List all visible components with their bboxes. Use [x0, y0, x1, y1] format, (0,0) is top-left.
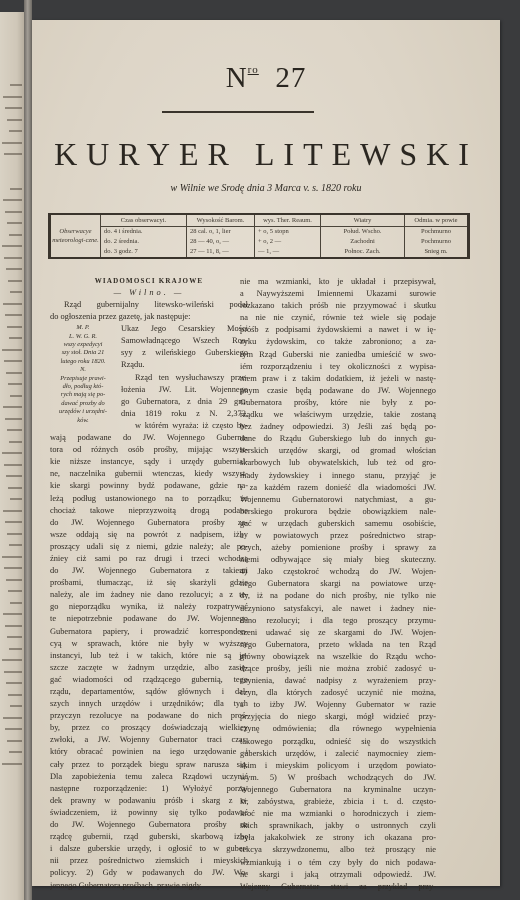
- text-line: główny obowiązek na wszelkie do Rządu wc…: [240, 651, 436, 663]
- issue-label-sup: ro: [248, 64, 259, 76]
- previous-page-text-line: [6, 475, 22, 477]
- text-line: pnym czasie będą podawane do JW. Wojenne…: [240, 385, 436, 397]
- article-body-right: nie ma wzmianki, kto je układał i przepi…: [240, 276, 436, 893]
- text-line: czynę odmówienia; dla równego wypełnieni…: [240, 723, 436, 735]
- previous-page-text-line: [4, 567, 22, 569]
- previous-page-text-line: [8, 383, 22, 385]
- margin-note-line: Przepisuje prawi-: [50, 375, 116, 383]
- text-line: uczyniono satysfakcyi, ale nawet i żadne…: [240, 603, 436, 615]
- previous-page-text-line: [10, 705, 22, 707]
- text-line: by, przez co proszący doświadczają wielk…: [50, 722, 248, 734]
- text-line: na nie nie czynić, równie też wiele się …: [240, 312, 436, 324]
- text-line: czych, ażeby pomienione prośby i sprawy …: [240, 542, 436, 554]
- text-line: rządu, departamentów, sądów głównych i d…: [50, 686, 248, 698]
- text-line: go Gubernatora, z dnia 29 gru-: [121, 396, 248, 408]
- previous-page-text-line: [2, 763, 22, 765]
- meteo-col-barometer: Wysokość Barom. 28 cal. o, 1, lier 28 — …: [187, 215, 255, 257]
- text-line: tym Rząd Guberski nie zaniedba umieścić …: [240, 349, 436, 361]
- text-line: iém rozporządzeniu i tey okoliczności z …: [240, 361, 436, 373]
- text-line: policyy. 2) Gdy w podawanych do JW. Wo-: [50, 867, 248, 879]
- meteo-cell: 27 — 11, 8, —: [187, 247, 254, 257]
- text-line: mady żydowskiey i innego stanu, przyjąć …: [240, 470, 436, 482]
- meteo-cell: + o, 2 —: [255, 237, 320, 247]
- previous-page-text-line: [7, 326, 22, 328]
- section-heading: WIADOMOSCI KRAJOWE: [50, 276, 248, 287]
- previous-page-text-line: [9, 441, 22, 443]
- previous-page-text-line: [3, 303, 22, 305]
- previous-page-text-line: [7, 119, 22, 121]
- previous-page-text-line: [4, 360, 22, 362]
- text-line: zyku żydowskim, co także zabroniono; a z…: [240, 336, 436, 348]
- meteo-col-thermometer: wys. Ther. Reaum. + o, 5 stopn + o, 2 — …: [255, 215, 321, 257]
- text-line: źniey ciż sami po raz drugi i trzeci wch…: [50, 553, 248, 565]
- text-line: dek prawny w podawaniu próśb i skarg z o…: [50, 795, 248, 807]
- text-line: ki, zabóystwa, grabieże, zbicia i t. d. …: [240, 796, 436, 808]
- previous-page-text-line: [8, 694, 22, 696]
- text-line: łożenia JW. Lit. Wojennego: [121, 384, 248, 396]
- text-line: cyą w sprawach, które nie były w wyższey: [50, 638, 248, 650]
- meteo-header: Wiatry: [321, 215, 404, 227]
- meteo-header: wys. Ther. Reaum.: [255, 215, 320, 227]
- article-column-left: WIADOMOSCI KRAJOWE — Wilno. — Rząd guber…: [50, 276, 248, 892]
- text-line: który obracać powinien na iego urzędowan…: [50, 746, 248, 758]
- text-line: do JW. Wojennego Gubernatora z takiemi: [50, 565, 248, 577]
- text-line: wzmiankują i o tém czy były do nich poda…: [240, 857, 436, 869]
- text-line: jennego Gubernatora prośbach, prawie nig…: [50, 880, 248, 892]
- previous-page-text-line: [2, 142, 22, 144]
- article-body-left: Rząd gubernijalny litewsko-wileński poda…: [50, 299, 248, 892]
- previous-page-text-line: [9, 648, 22, 650]
- masthead-title: KURYER LITEWSKI: [32, 136, 500, 173]
- previous-page-text-line: [10, 498, 22, 500]
- margin-note-line: rych mają się po-: [50, 391, 116, 399]
- text-line: Gubernatora prośby, które nie były z po-: [240, 397, 436, 409]
- text-line: nie ma wzmianki, kto je układał i przepi…: [240, 276, 436, 288]
- article-column-right: nie ma wzmianki, kto je układał i przepi…: [240, 276, 436, 893]
- margin-note-line: urzędów i urzędni-: [50, 408, 116, 416]
- text-line: Rząd ten wysłuchawszy prze-: [121, 372, 248, 384]
- text-line: a to iżby JW. Wojenny Gubernator w razie: [240, 699, 436, 711]
- previous-page-text-line: [2, 659, 22, 661]
- previous-page-text-line: [10, 84, 22, 86]
- meteo-cell: do. 2 średnia.: [101, 237, 186, 247]
- previous-page-text-line: [6, 682, 22, 684]
- previous-page-text-line: [9, 544, 22, 546]
- text-line: dy, iż na podane do nich prośby, nie tyl…: [240, 590, 436, 602]
- text-line: Wojenny Gubernator stawi za przykład prz…: [240, 881, 436, 893]
- title-divider: [162, 111, 314, 113]
- text-line: cały przez to porządek biegu spraw narus…: [50, 759, 248, 771]
- text-line: niem praw i z takim dodatkiem, iż jeżeli…: [240, 373, 436, 385]
- text-line: skich sprawnikach, jakby o ustronnych cz…: [240, 820, 436, 832]
- meteo-col-weather: Odmia. w powie Pochmurno Pochmurno Snieg…: [405, 215, 467, 257]
- book-spine: [24, 0, 32, 900]
- previous-page-text-line: [7, 740, 22, 742]
- previous-page-text-line: [4, 671, 22, 673]
- text-line: a w powiatowych przez pośrednictwo strap…: [240, 530, 436, 542]
- text-line: Wojennego Gubernatora na kryminalne uczy…: [240, 784, 436, 796]
- meteo-header: Czas obserwacyi.: [101, 215, 186, 227]
- previous-page-text-line: [10, 188, 22, 190]
- previous-page-text-line: [7, 533, 22, 535]
- meteo-header: Odmia. w powie: [405, 215, 467, 227]
- previous-page-text-line: [4, 257, 22, 259]
- meteo-cell: + o, 5 stopn: [255, 227, 320, 237]
- margin-note-line: szy stoł. Dnia 21: [50, 349, 116, 357]
- text-line: szcze zaczęte w żadnym urzędzie, albo za…: [50, 662, 248, 674]
- previous-page-text-line: [3, 199, 22, 201]
- text-line: Rząd gubernijalny litewsko-wileński poda…: [50, 299, 248, 311]
- issue-number-value: 27: [275, 62, 306, 94]
- text-line: chociaż takowe nieprzyzwoitą drogą podan…: [50, 505, 248, 517]
- text-line: wym. 5) W prośbach wchodzących do JW.: [240, 772, 436, 784]
- issue-label: N: [226, 62, 248, 94]
- text-line: dzące prośby, jeśli nie można zrobić zad…: [240, 663, 436, 675]
- newspaper-page: Nro 27 KURYER LITEWSKI w Wilnie we Srodę…: [32, 20, 500, 886]
- dateline: w Wilnie we Srodę dnia 3 Marca v. s. 182…: [32, 183, 500, 194]
- text-line: niemi odbywające się miały bieg skuteczn…: [240, 554, 436, 566]
- previous-page-text-line: [8, 590, 22, 592]
- previous-page-text-line: [3, 96, 22, 98]
- text-line: dnia 1819 roku z N. 2,372,: [121, 408, 248, 420]
- margin-note-line: M. P.: [50, 324, 116, 332]
- previous-page-text-line: [5, 107, 22, 109]
- text-line: skim i mieyskim policyom i urzędom powia…: [240, 760, 436, 772]
- text-line: Wojennemu Gubernatorowi natychmiast, a g…: [240, 494, 436, 506]
- margin-note: M. P.L. W. G. R.wszy expedycyiszy stoł. …: [50, 324, 116, 425]
- meteo-cell: Zachodni: [321, 237, 404, 247]
- meteo-cell: 28 — 40, o, —: [187, 237, 254, 247]
- text-line: go nieporządku wynika, iż należy rozpatr…: [50, 601, 248, 613]
- previous-page-text-line: [3, 406, 22, 408]
- text-line: berskiego prokurora będzie obowiązkiem n…: [240, 506, 436, 518]
- text-line: następne rozporządzenie: 1) Wyłożyć porz…: [50, 783, 248, 795]
- text-line: czynienia, dawać nadpisy z wyrażeniem pr…: [240, 675, 436, 687]
- text-line: instancyi, lub też i w takich, które nie…: [50, 650, 248, 662]
- text-line: do JW. Wojennego Gubernatora prośby na: [50, 819, 248, 831]
- text-line: przyjęcia do niego skargi, mógł widzieć …: [240, 711, 436, 723]
- meteo-cell: Pochmurno: [405, 237, 467, 247]
- text-line: i dalsze guberskie urzędy, i ogłosić to …: [50, 843, 248, 855]
- meteo-header: Wysokość Barom.: [187, 215, 254, 227]
- previous-page-text-line: [9, 234, 22, 236]
- meteo-cell: Snieg m.: [405, 247, 467, 257]
- meteo-cell: Pochmurno: [405, 227, 467, 237]
- city-heading: — Wilno. —: [50, 287, 248, 299]
- meteo-cell: Połud. Wscho.: [321, 227, 404, 237]
- text-line: Gubernatora papiery, i prowadzić korresp…: [50, 626, 248, 638]
- text-line: prośbami, tłumacząc, iż się skarżyli gdz…: [50, 577, 248, 589]
- text-line: Rządu.: [121, 359, 248, 371]
- previous-page-text-line: [10, 291, 22, 293]
- issue-number: Nro 27: [32, 62, 500, 95]
- meteo-cell: do. 3 godz. 7: [101, 247, 186, 257]
- meteo-label: Obserwacye meteorologi-czne.: [51, 215, 101, 257]
- previous-page-edge: [0, 12, 24, 900]
- text-line: nego Gubernatora skargi na powiatowe urz…: [240, 578, 436, 590]
- text-line: ne skargi i jaką otrzymali odpowiedź. JW…: [240, 869, 436, 881]
- text-line: w którém wyraża: iż często by-: [121, 420, 248, 432]
- margin-note-line: dło, podług któ-: [50, 383, 116, 391]
- previous-page-text-line: [9, 130, 22, 132]
- previous-page-text-line: [5, 728, 22, 730]
- text-line: próśb z podpisami żydowskiemi a nawet i …: [240, 324, 436, 336]
- text-line: do ogłoszenia przez gazetę, jak następuj…: [50, 311, 248, 323]
- text-line: świadczeniem, iż powinny się tylko podaw…: [50, 807, 248, 819]
- text-line: ne, naczelnika gubernii wtenczas, kiedy …: [50, 468, 248, 480]
- text-line: takowego porządku, odnieść się do wszyst…: [240, 736, 436, 748]
- text-line: rządku we właściwym urzędzie, takie zost…: [240, 409, 436, 421]
- text-line: wsze oddają się na powrót z nadpisem, iż…: [50, 529, 248, 541]
- text-line: Dla zapobieżenia temu zaleca Rządowi ucz…: [50, 771, 248, 783]
- text-line: a Naywyższemi Imiennemi Ukazami surowie: [240, 288, 436, 300]
- text-line: tekcya skrzywdzonemu, albo też proszący …: [240, 844, 436, 856]
- text-line: nii przez pośrednictwo ziemskich i mieys…: [50, 855, 248, 867]
- previous-page-text-line: [6, 268, 22, 270]
- text-line: zwłoki, a JW. Wojenny Gubernator traci c…: [50, 734, 248, 746]
- previous-page-text-line: [3, 717, 22, 719]
- meteorological-table: Obserwacye meteorologi-czne. Czas obserw…: [48, 213, 470, 259]
- margin-note-line: lutego roku 1820.: [50, 358, 116, 366]
- text-line: 4) Jako częstokroć wchodzą do JW. Wojen-: [240, 566, 436, 578]
- meteo-cell: do. 4 i średnia.: [101, 227, 186, 237]
- margin-note-line: wszy expedycyi: [50, 341, 116, 349]
- previous-page-text-line: [2, 452, 22, 454]
- text-line: szych innych urzędów i urzędników; dla t…: [50, 698, 248, 710]
- previous-page-text-line: [10, 395, 22, 397]
- text-line: i za każdém razem donieść dla wiadomości…: [240, 482, 436, 494]
- text-line: bez żadney odpowiedzi. 3) Jeśli zaś będą…: [240, 421, 436, 433]
- previous-page-text-line: [6, 579, 22, 581]
- text-line: te niepotrzebnie podawane do JW. Wojenne…: [50, 613, 248, 625]
- text-line: była jakakolwiek ze strony ich okazana p…: [240, 832, 436, 844]
- text-line: nego Gubernatora, przeto wkłada na ten R…: [240, 639, 436, 651]
- text-line: skarbowych lub obywatelskich, lub też od…: [240, 457, 436, 469]
- meteo-cell: — 1, —: [255, 247, 320, 257]
- previous-page-text-line: [8, 280, 22, 282]
- text-line: berskich urzędów skargi, od gromad włośc…: [240, 445, 436, 457]
- text-line: leżą podług ustanowionego na to porządku…: [50, 493, 248, 505]
- text-line: wają podawane do JW. Wojennego Guberna-: [50, 432, 248, 444]
- previous-page-text-line: [3, 510, 22, 512]
- text-line: tora od różnych osób prośby, mijając wsz…: [50, 444, 248, 456]
- meteo-col-winds: Wiatry Połud. Wscho. Zachodni Połnoc. Za…: [321, 215, 405, 257]
- previous-page-text-line: [2, 556, 22, 558]
- text-line: proszący udali się z niemi, gdzie należy…: [50, 541, 248, 553]
- previous-page-text-line: [6, 372, 22, 374]
- text-line: dane do Rządu Guberskiego lub do innych …: [240, 433, 436, 445]
- text-line: Samowładnącego Wszech Ros-: [121, 335, 248, 347]
- previous-page-text-line: [5, 314, 22, 316]
- meteo-cell: 28 cal. o, 1, lier: [187, 227, 254, 237]
- text-line: kroć nie ma wzmianki o horodniczych i zi…: [240, 808, 436, 820]
- text-line: dano rezolucyi; i dla tego proszący przy…: [240, 615, 436, 627]
- margin-note-line: N.: [50, 366, 116, 374]
- text-line: czyn, dla których zadosyć uczynić nie mo…: [240, 687, 436, 699]
- previous-page-text-line: [5, 625, 22, 627]
- previous-page-text-line: [9, 751, 22, 753]
- text-line: rozkazano takich próśb nie przyymować i …: [240, 300, 436, 312]
- previous-page-text-line: [8, 487, 22, 489]
- text-line: kie skargi powinny bydź podawane, gdzie …: [50, 480, 248, 492]
- meteo-cell: Połnoc. Zach.: [321, 247, 404, 257]
- text-line: guberskich urzędów, i zalecić naymocniey…: [240, 748, 436, 760]
- text-line: szeni udawać się ze skargami do JW. Woje…: [240, 627, 436, 639]
- previous-page-text-line: [5, 418, 22, 420]
- text-line: gać wiadomości od rządzącego gubernią, t…: [50, 674, 248, 686]
- previous-page-text-line: [4, 464, 22, 466]
- previous-page-text-line: [2, 349, 22, 351]
- previous-page-text-line: [2, 245, 22, 247]
- previous-page-text-line: [7, 429, 22, 431]
- previous-page-text-line: [4, 153, 22, 155]
- previous-page-text-line: [7, 222, 22, 224]
- text-line: należy, ale im żadney nie dano rezolucyi…: [50, 589, 248, 601]
- text-line: Ukaz Jego Cesarskiey Mości: [121, 323, 248, 335]
- text-line: gać w urzędach guberskich samemu osobiśc…: [240, 518, 436, 530]
- text-line: syy z wileńskiego Guberskiego: [121, 347, 248, 359]
- meteo-col-time: Czas obserwacyi. do. 4 i średnia. do. 2 …: [101, 215, 187, 257]
- text-line: rządcę gubernii, rząd guberski, skarbową…: [50, 831, 248, 843]
- text-line: kie niższe instancye, sądy i urzędy gube…: [50, 456, 248, 468]
- previous-page-text-line: [5, 211, 22, 213]
- previous-page-text-line: [7, 636, 22, 638]
- margin-note-line: L. W. G. R.: [50, 333, 116, 341]
- previous-page-text-line: [3, 613, 22, 615]
- previous-page-text-line: [10, 602, 22, 604]
- text-line: do JW. Wojennego Gubernatora prośby za-: [50, 517, 248, 529]
- margin-note-line: ków.: [50, 417, 116, 425]
- previous-page-text-line: [5, 521, 22, 523]
- previous-page-text-line: [9, 337, 22, 339]
- text-line: przyczyn rezolucye na podawane do nich p…: [50, 710, 248, 722]
- margin-note-line: dawać prozby do: [50, 400, 116, 408]
